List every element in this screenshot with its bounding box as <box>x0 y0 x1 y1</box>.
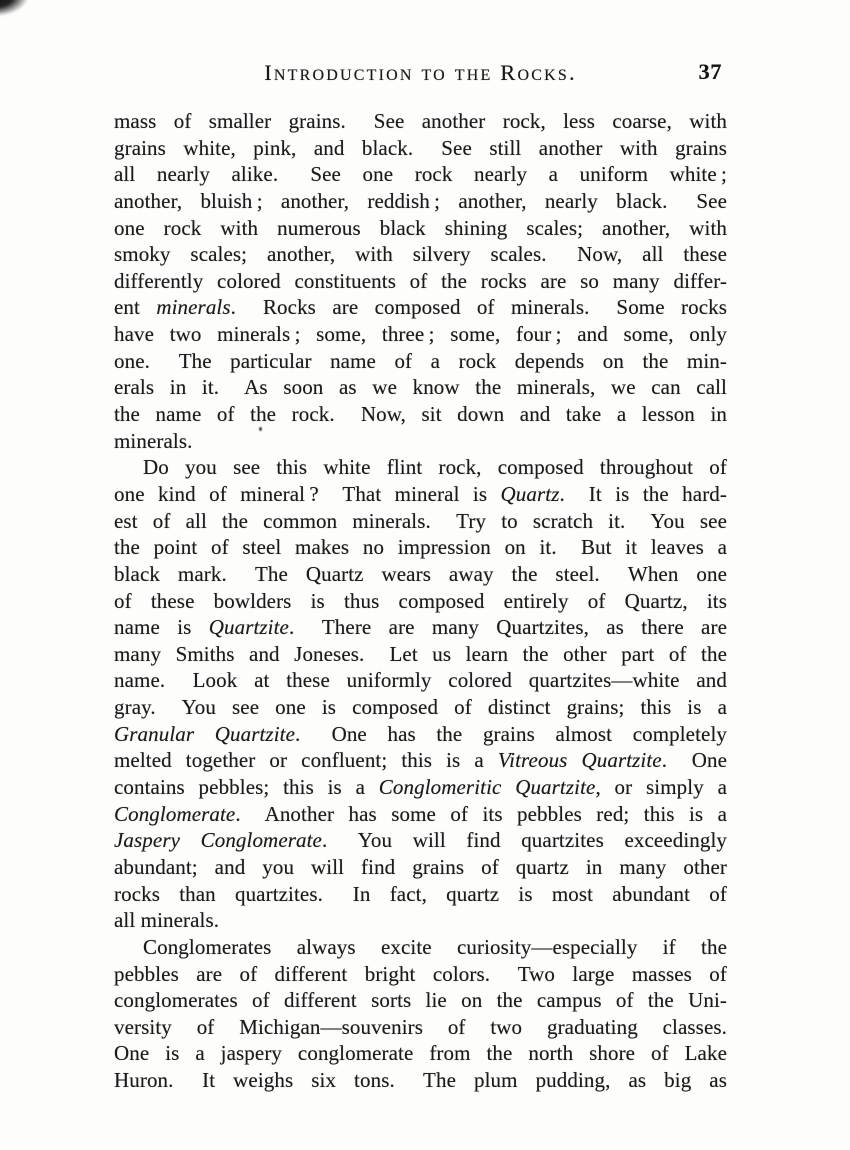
text-segment: . There are many Quartzites, as there ar… <box>289 615 727 639</box>
text-line: of these bowlders is thus composed entir… <box>114 588 727 615</box>
text-line: One is a jaspery conglomerate from the n… <box>114 1040 727 1067</box>
text-line: have two minerals ; some, three ; some, … <box>114 321 727 348</box>
italic-text-segment: Conglomeritic Quartzite <box>379 775 596 799</box>
scan-smudge-corner <box>0 0 28 16</box>
text-segment: another, bluish ; another, reddish ; ano… <box>114 189 727 213</box>
page-number: 37 <box>699 59 723 85</box>
text-line: versity of Michigan—souvenirs of two gra… <box>114 1014 727 1041</box>
text-segment: many Smiths and Joneses. Let us learn th… <box>114 642 727 666</box>
text-line: est of all the common minerals. Try to s… <box>114 508 727 535</box>
text-line: many Smiths and Joneses. Let us learn th… <box>114 641 727 668</box>
text-segment: minerals. <box>114 429 192 453</box>
text-line: abundant; and you will find grains of qu… <box>114 854 727 881</box>
italic-text-segment: minerals <box>156 295 230 319</box>
text-line: mass of smaller grains. See another rock… <box>114 108 727 135</box>
text-segment: . One has the grains almost completely <box>295 722 727 746</box>
text-line: Granular Quartzite. One has the grains a… <box>114 721 727 748</box>
text-segment: . Rocks are composed of minerals. Some r… <box>231 295 727 319</box>
text-segment: gray. You see one is composed of distinc… <box>114 695 727 719</box>
text-line: conglomerates of different sorts lie on … <box>114 987 727 1014</box>
text-segment: grains white, pink, and black. See still… <box>114 136 727 160</box>
text-segment: . It is the hard- <box>559 482 727 506</box>
text-line: rocks than quartzites. In fact, quartz i… <box>114 881 727 908</box>
text-segment: mass of smaller grains. See another rock… <box>114 109 727 133</box>
text-line: melted together or confluent; this is a … <box>114 747 727 774</box>
text-segment: Huron. It weighs six tons. The plum pudd… <box>114 1068 727 1092</box>
text-segment: versity of Michigan—souvenirs of two gra… <box>114 1015 727 1039</box>
italic-text-segment: Granular Quartzite <box>114 722 295 746</box>
text-segment: Conglomerates always excite curiosity—es… <box>143 935 727 959</box>
text-line: minerals. <box>114 428 727 455</box>
text-line: Do you see this white flint rock, compos… <box>114 454 727 481</box>
text-line: gray. You see one is composed of distinc… <box>114 694 727 721</box>
text-segment: erals in it. As soon as we know the mine… <box>114 375 727 399</box>
text-line: Conglomerates always excite curiosity—es… <box>114 934 727 961</box>
text-segment: . You will find quartzites exceedingly <box>322 828 727 852</box>
text-segment: smoky scales; another, with silvery scal… <box>114 242 727 266</box>
text-segment: pebbles are of different bright colors. … <box>114 962 727 986</box>
book-page: Introduction to the Rocks. 37 mass of sm… <box>0 0 850 1150</box>
text-segment: One is a jaspery conglomerate from the n… <box>114 1041 727 1065</box>
text-line: one kind of mineral ? That mineral is Qu… <box>114 481 727 508</box>
text-segment: . One <box>662 748 727 772</box>
text-segment: name. Look at these uniformly colored qu… <box>114 668 727 692</box>
text-segment: abundant; and you will find grains of qu… <box>114 855 727 879</box>
text-segment: the name of the rock. Now, sit down and … <box>114 402 727 426</box>
text-segment: . Another has some of its pebbles red; t… <box>235 802 727 826</box>
text-segment: Do you see this white flint rock, compos… <box>143 455 727 479</box>
text-segment: have two minerals ; some, three ; some, … <box>114 322 727 346</box>
text-line: contains pebbles; this is a Conglomeriti… <box>114 774 727 801</box>
text-line: name is Quartzite. There are many Quartz… <box>114 614 727 641</box>
running-title: Introduction to the Rocks. <box>264 60 577 85</box>
text-segment: differently colored constituents of the … <box>114 269 727 293</box>
text-line: all minerals. <box>114 907 727 934</box>
text-line: all nearly alike. See one rock nearly a … <box>114 161 727 188</box>
text-segment: est of all the common minerals. Try to s… <box>114 509 727 533</box>
text-segment: conglomerates of different sorts lie on … <box>114 988 727 1012</box>
text-line: Conglomerate. Another has some of its pe… <box>114 801 727 828</box>
italic-text-segment: Jaspery Conglomerate <box>114 828 322 852</box>
page-header: Introduction to the Rocks. 37 <box>114 60 727 88</box>
text-line: pebbles are of different bright colors. … <box>114 961 727 988</box>
text-segment: all minerals. <box>114 908 219 932</box>
text-segment: one. The particular name of a rock depen… <box>114 349 727 373</box>
page-body-text: mass of smaller grains. See another rock… <box>114 108 727 1094</box>
text-segment: black mark. The Quartz wears away the st… <box>114 562 727 586</box>
italic-text-segment: Quartz <box>501 482 560 506</box>
italic-text-segment: Quartzite <box>209 615 289 639</box>
text-line: erals in it. As soon as we know the mine… <box>114 374 727 401</box>
text-segment: , or simply a <box>595 775 727 799</box>
text-line: one. The particular name of a rock depen… <box>114 348 727 375</box>
text-line: black mark. The Quartz wears away the st… <box>114 561 727 588</box>
text-line: grains white, pink, and black. See still… <box>114 135 727 162</box>
text-segment: name is <box>114 615 209 639</box>
text-line: ent minerals. Rocks are composed of mine… <box>114 294 727 321</box>
text-segment: the point of steel makes no impression o… <box>114 535 727 559</box>
text-line: another, bluish ; another, reddish ; ano… <box>114 188 727 215</box>
text-line: the name of the rock. Now, sit down and … <box>114 401 727 428</box>
text-segment: one kind of mineral ? That mineral is <box>114 482 501 506</box>
text-segment: one rock with numerous black shining sca… <box>114 216 727 240</box>
text-line: one rock with numerous black shining sca… <box>114 215 727 242</box>
text-segment: all nearly alike. See one rock nearly a … <box>114 162 727 186</box>
italic-text-segment: Conglomerate <box>114 802 235 826</box>
text-line: smoky scales; another, with silvery scal… <box>114 241 727 268</box>
text-line: the point of steel makes no impression o… <box>114 534 727 561</box>
text-segment: rocks than quartzites. In fact, quartz i… <box>114 882 727 906</box>
italic-text-segment: Vitreous Quartzite <box>498 748 662 772</box>
text-segment: of these bowlders is thus composed entir… <box>114 589 727 613</box>
text-line: Jaspery Conglomerate. You will find quar… <box>114 827 727 854</box>
text-segment: melted together or confluent; this is a <box>114 748 498 772</box>
text-line: differently colored constituents of the … <box>114 268 727 295</box>
text-line: Huron. It weighs six tons. The plum pudd… <box>114 1067 727 1094</box>
text-segment: contains pebbles; this is a <box>114 775 379 799</box>
text-line: name. Look at these uniformly colored qu… <box>114 667 727 694</box>
text-segment: ent <box>114 295 156 319</box>
